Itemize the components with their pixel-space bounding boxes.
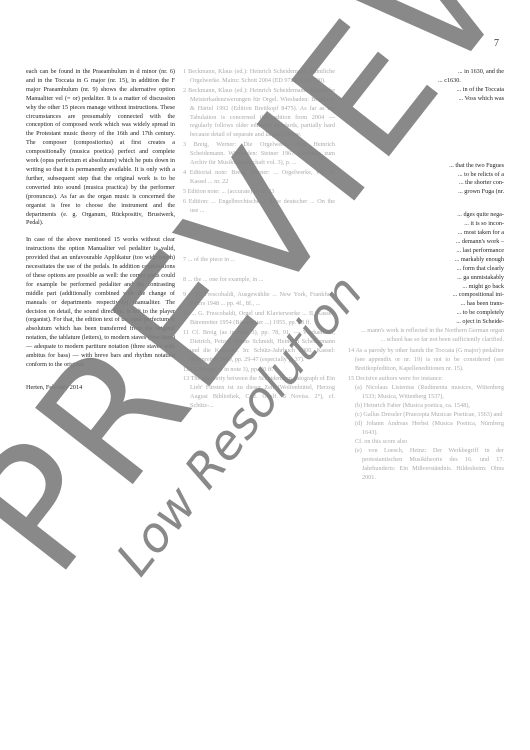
footnotes-right-column: ... in 1630, and the ... c1630. ... in o… xyxy=(348,68,504,482)
main-text-column: each can be found in the Praeambulum in … xyxy=(26,68,175,401)
footnote-8: 8 ... the ... one for example, in ... xyxy=(183,276,335,285)
right-top-block: ... in 1630, and the ... c1630. ... in o… xyxy=(348,68,504,104)
footnote-7: 7 ... of the piece in ... xyxy=(183,256,335,265)
right-middle-block: ... that the two Fugues ... to be relict… xyxy=(348,162,504,198)
main-paragraph-1: each can be found in the Praeambulum in … xyxy=(26,68,175,228)
page-number: 7 xyxy=(494,38,499,49)
footnote-1: 1 Beckmann, Klaus (ed.): Heinrich Scheid… xyxy=(183,68,335,86)
footnote-10: 10 ... G. Frescobaldi, Orgel und Klavier… xyxy=(183,310,335,328)
footnote-15-item-c: (c) Gallus Dressler (Praecepta Musicae P… xyxy=(348,411,504,420)
footnote-15: 15 Decisive authors were for instance: xyxy=(348,375,504,384)
signature-date: Herten, February 2014 xyxy=(26,384,175,393)
main-paragraph-2: In case of the above mentioned 15 works … xyxy=(26,236,175,370)
footnote-15-item-d: (d) Johann Andreas Herbst (Musica Poetic… xyxy=(348,420,504,438)
right-notes: 14 As a parody by other hands the Toccat… xyxy=(348,347,504,483)
footnote-15-item-b: (b) Heinrich Faber (Musica poetica, ca. … xyxy=(348,402,504,411)
footnote-15-cf: Cf. on this score also xyxy=(348,438,504,447)
footnote-4: 4 Editorial note: Breig, Werner: ... Org… xyxy=(183,169,335,187)
footnote-15-item-e: (e) von Loesch, Heinz: Der Werkbegriff i… xyxy=(348,447,504,483)
footnote-9: 9 ... G. Frescobaldi, Ausgewählte ... Ne… xyxy=(183,291,335,309)
footnote-14: 14 As a parody by other hands the Toccat… xyxy=(348,347,504,374)
footnote-11: 11 Cf. Breig (as in note 3), pp. 78, 91.… xyxy=(183,329,335,365)
right-lower-block: ... dges quite nega- ... it is so incon-… xyxy=(348,211,504,345)
footnote-12: 12 Cf. Breig (as in note 3), pp. 30 ff. xyxy=(183,366,335,375)
footnote-3: 3 Breig, Werner: Die Orgelwerke von Hein… xyxy=(183,141,335,168)
footnote-5: 5 Edition note: ... (accurate) ii, nr. 3… xyxy=(183,188,335,197)
footnote-13: 13 The similarity between the Scheideman… xyxy=(183,375,335,411)
footnote-2: 2 Beckmann, Klaus (ed.): Heinrich Scheid… xyxy=(183,87,335,140)
footnote-15-item-a: (a) Nicolaus Listenius (Rudimenta musice… xyxy=(348,384,504,402)
footnote-6: 6 Edition: ... Engelbrechtsche ... Erbe … xyxy=(183,198,335,216)
footnotes-middle-column: 1 Beckmann, Klaus (ed.): Heinrich Scheid… xyxy=(183,68,335,412)
